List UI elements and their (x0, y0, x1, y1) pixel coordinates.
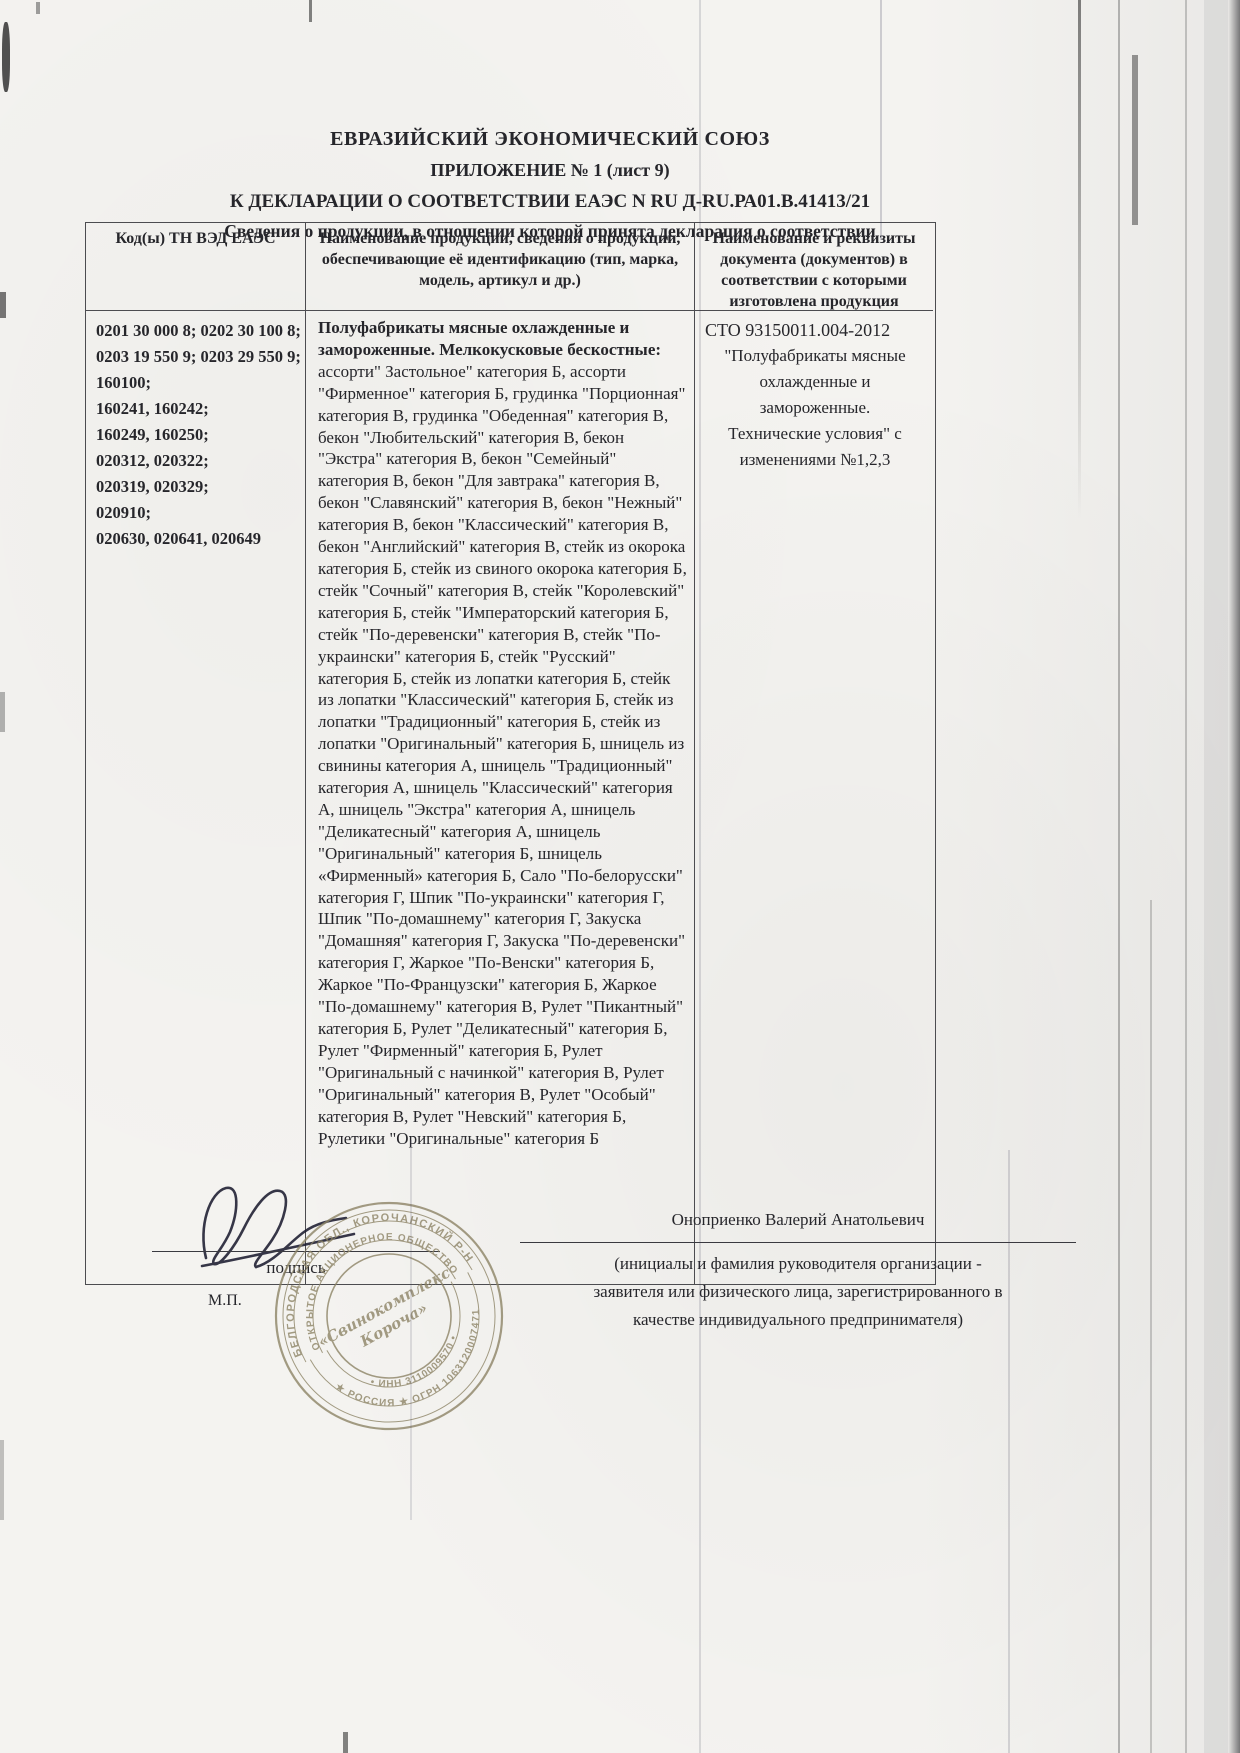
product-description-cell: Полуфабрикаты мясные охлажденные и замор… (306, 311, 695, 1284)
name-underline (520, 1242, 1076, 1243)
doc-line: Технические условия" с (703, 421, 927, 447)
header-code-col: Код(ы) ТН ВЭД ЕАЭС (86, 223, 306, 311)
code-line: 0201 30 000 8; 0202 30 100 8; (96, 318, 303, 344)
scan-artifact (1118, 0, 1120, 1753)
header-document-col: Наименование и реквизиты документа (доку… (695, 223, 933, 311)
scan-artifact (0, 1440, 4, 1520)
code-line: 020312, 020322; (96, 448, 303, 474)
table-header-row: Код(ы) ТН ВЭД ЕАЭС Наименование продукци… (86, 223, 935, 311)
scan-artifact (1204, 0, 1228, 1753)
code-line: 160100; (96, 370, 303, 396)
scan-artifact (1132, 55, 1138, 225)
name-caption: (инициалы и фамилия руководителя организ… (505, 1250, 1091, 1334)
scanned-declaration-page: { "colors": { "paper": "#f4f3f0", "ink":… (0, 0, 1240, 1753)
code-line: 160249, 160250; (96, 422, 303, 448)
codes-cell: 0201 30 000 8; 0202 30 100 8; 0203 19 55… (86, 311, 306, 1284)
appendix-title: ПРИЛОЖЕНИЕ № 1 (лист 9) (120, 157, 980, 184)
scan-artifact (1078, 0, 1081, 520)
doc-line: "Полуфабрикаты мясные (703, 343, 927, 369)
code-line: 160241, 160242; (96, 396, 303, 422)
scan-artifact (0, 292, 6, 318)
product-body-text: ассорти" Застольное" категория Б, ассорт… (318, 362, 687, 1148)
table-row: 0201 30 000 8; 0202 30 100 8; 0203 19 55… (86, 311, 935, 1284)
union-title: ЕВРАЗИЙСКИЙ ЭКОНОМИЧЕСКИЙ СОЮЗ (120, 126, 980, 153)
scan-artifact (343, 1732, 348, 1753)
caption-line: заявителя или физического лица, зарегист… (505, 1278, 1091, 1306)
head-full-name: Оноприенко Валерий Анатольевич (520, 1210, 1076, 1230)
caption-line: (инициалы и фамилия руководителя организ… (505, 1250, 1091, 1278)
scan-artifact (1150, 900, 1152, 1753)
caption-line: качестве индивидуального предпринимателя… (505, 1306, 1091, 1334)
code-line: 020910; (96, 500, 303, 526)
product-lead-text: Полуфабрикаты мясные охлажденные и замор… (318, 318, 661, 359)
doc-line: изменениями №1,2,3 (703, 447, 927, 473)
document-cell: СТО 93150011.004-2012 "Полуфабрикаты мяс… (695, 311, 933, 1284)
scan-artifact (0, 692, 5, 732)
scan-artifact (1185, 0, 1187, 1753)
company-round-stamp: БЕЛГОРОДСКАЯ ОБЛ., КОРОЧАНСКИЙ Р-Н ★ РОС… (258, 1185, 520, 1447)
scan-artifact (1008, 1150, 1010, 1753)
scan-artifact (2, 22, 10, 92)
tnved-products-table: Код(ы) ТН ВЭД ЕАЭС Наименование продукци… (85, 222, 936, 1285)
declaration-number-line: К ДЕКЛАРАЦИИ О СООТВЕТСТВИИ ЕАЭС N RU Д-… (120, 188, 980, 215)
code-line: 0203 19 550 9; 0203 29 550 9; (96, 344, 303, 370)
scan-artifact (1228, 0, 1240, 1753)
code-line: 020319, 020329; (96, 474, 303, 500)
scan-artifact (36, 2, 40, 14)
scan-artifact (309, 0, 312, 22)
header-product-col: Наименование продукции, сведения о проду… (306, 223, 695, 311)
stamp-place-label: М.П. (208, 1292, 242, 1310)
doc-line: замороженные. (703, 395, 927, 421)
doc-line: охлажденные и (703, 369, 927, 395)
sto-number: СТО 93150011.004-2012 (703, 317, 927, 343)
code-line: 020630, 020641, 020649 (96, 526, 303, 552)
